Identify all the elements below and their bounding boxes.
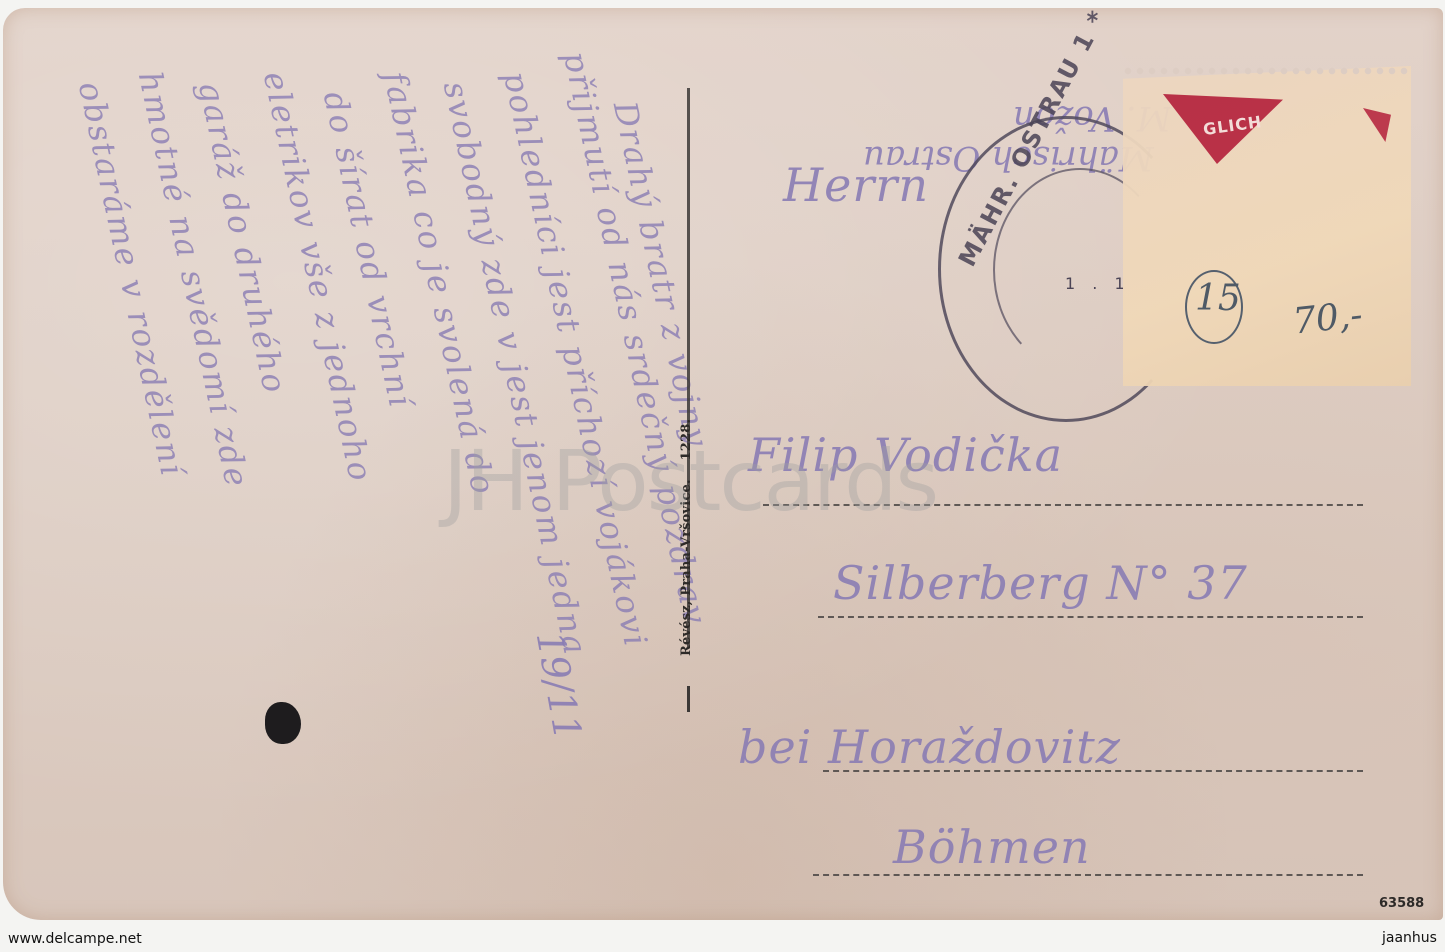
watermark: JH Postcards — [443, 432, 937, 530]
pencil-note: 70,- — [1291, 294, 1364, 342]
address-line-4 — [813, 874, 1363, 876]
postcard-back: Drahý bratr z vojny přijmutí od nás srde… — [3, 8, 1443, 920]
address-line-2 — [818, 616, 1363, 618]
source-credit: www.delcampe.net — [8, 931, 142, 947]
address-line-3 — [823, 770, 1363, 772]
stamp-perforation — [1123, 66, 1411, 76]
seller-credit: jaanhus — [1382, 930, 1437, 946]
address-salutation: Herrn — [783, 158, 929, 212]
address-street: Silberberg N° 37 — [833, 556, 1248, 610]
address-town: bei Horaždovitz — [738, 720, 1121, 774]
pencil-note: 15 — [1195, 278, 1241, 319]
address-region: Böhmen — [893, 820, 1091, 874]
ink-blot — [265, 702, 301, 744]
center-divider-tail — [687, 686, 690, 712]
postmark-date: 1 . 1 — [1065, 274, 1131, 293]
catalog-number: 63588 — [1379, 896, 1424, 911]
